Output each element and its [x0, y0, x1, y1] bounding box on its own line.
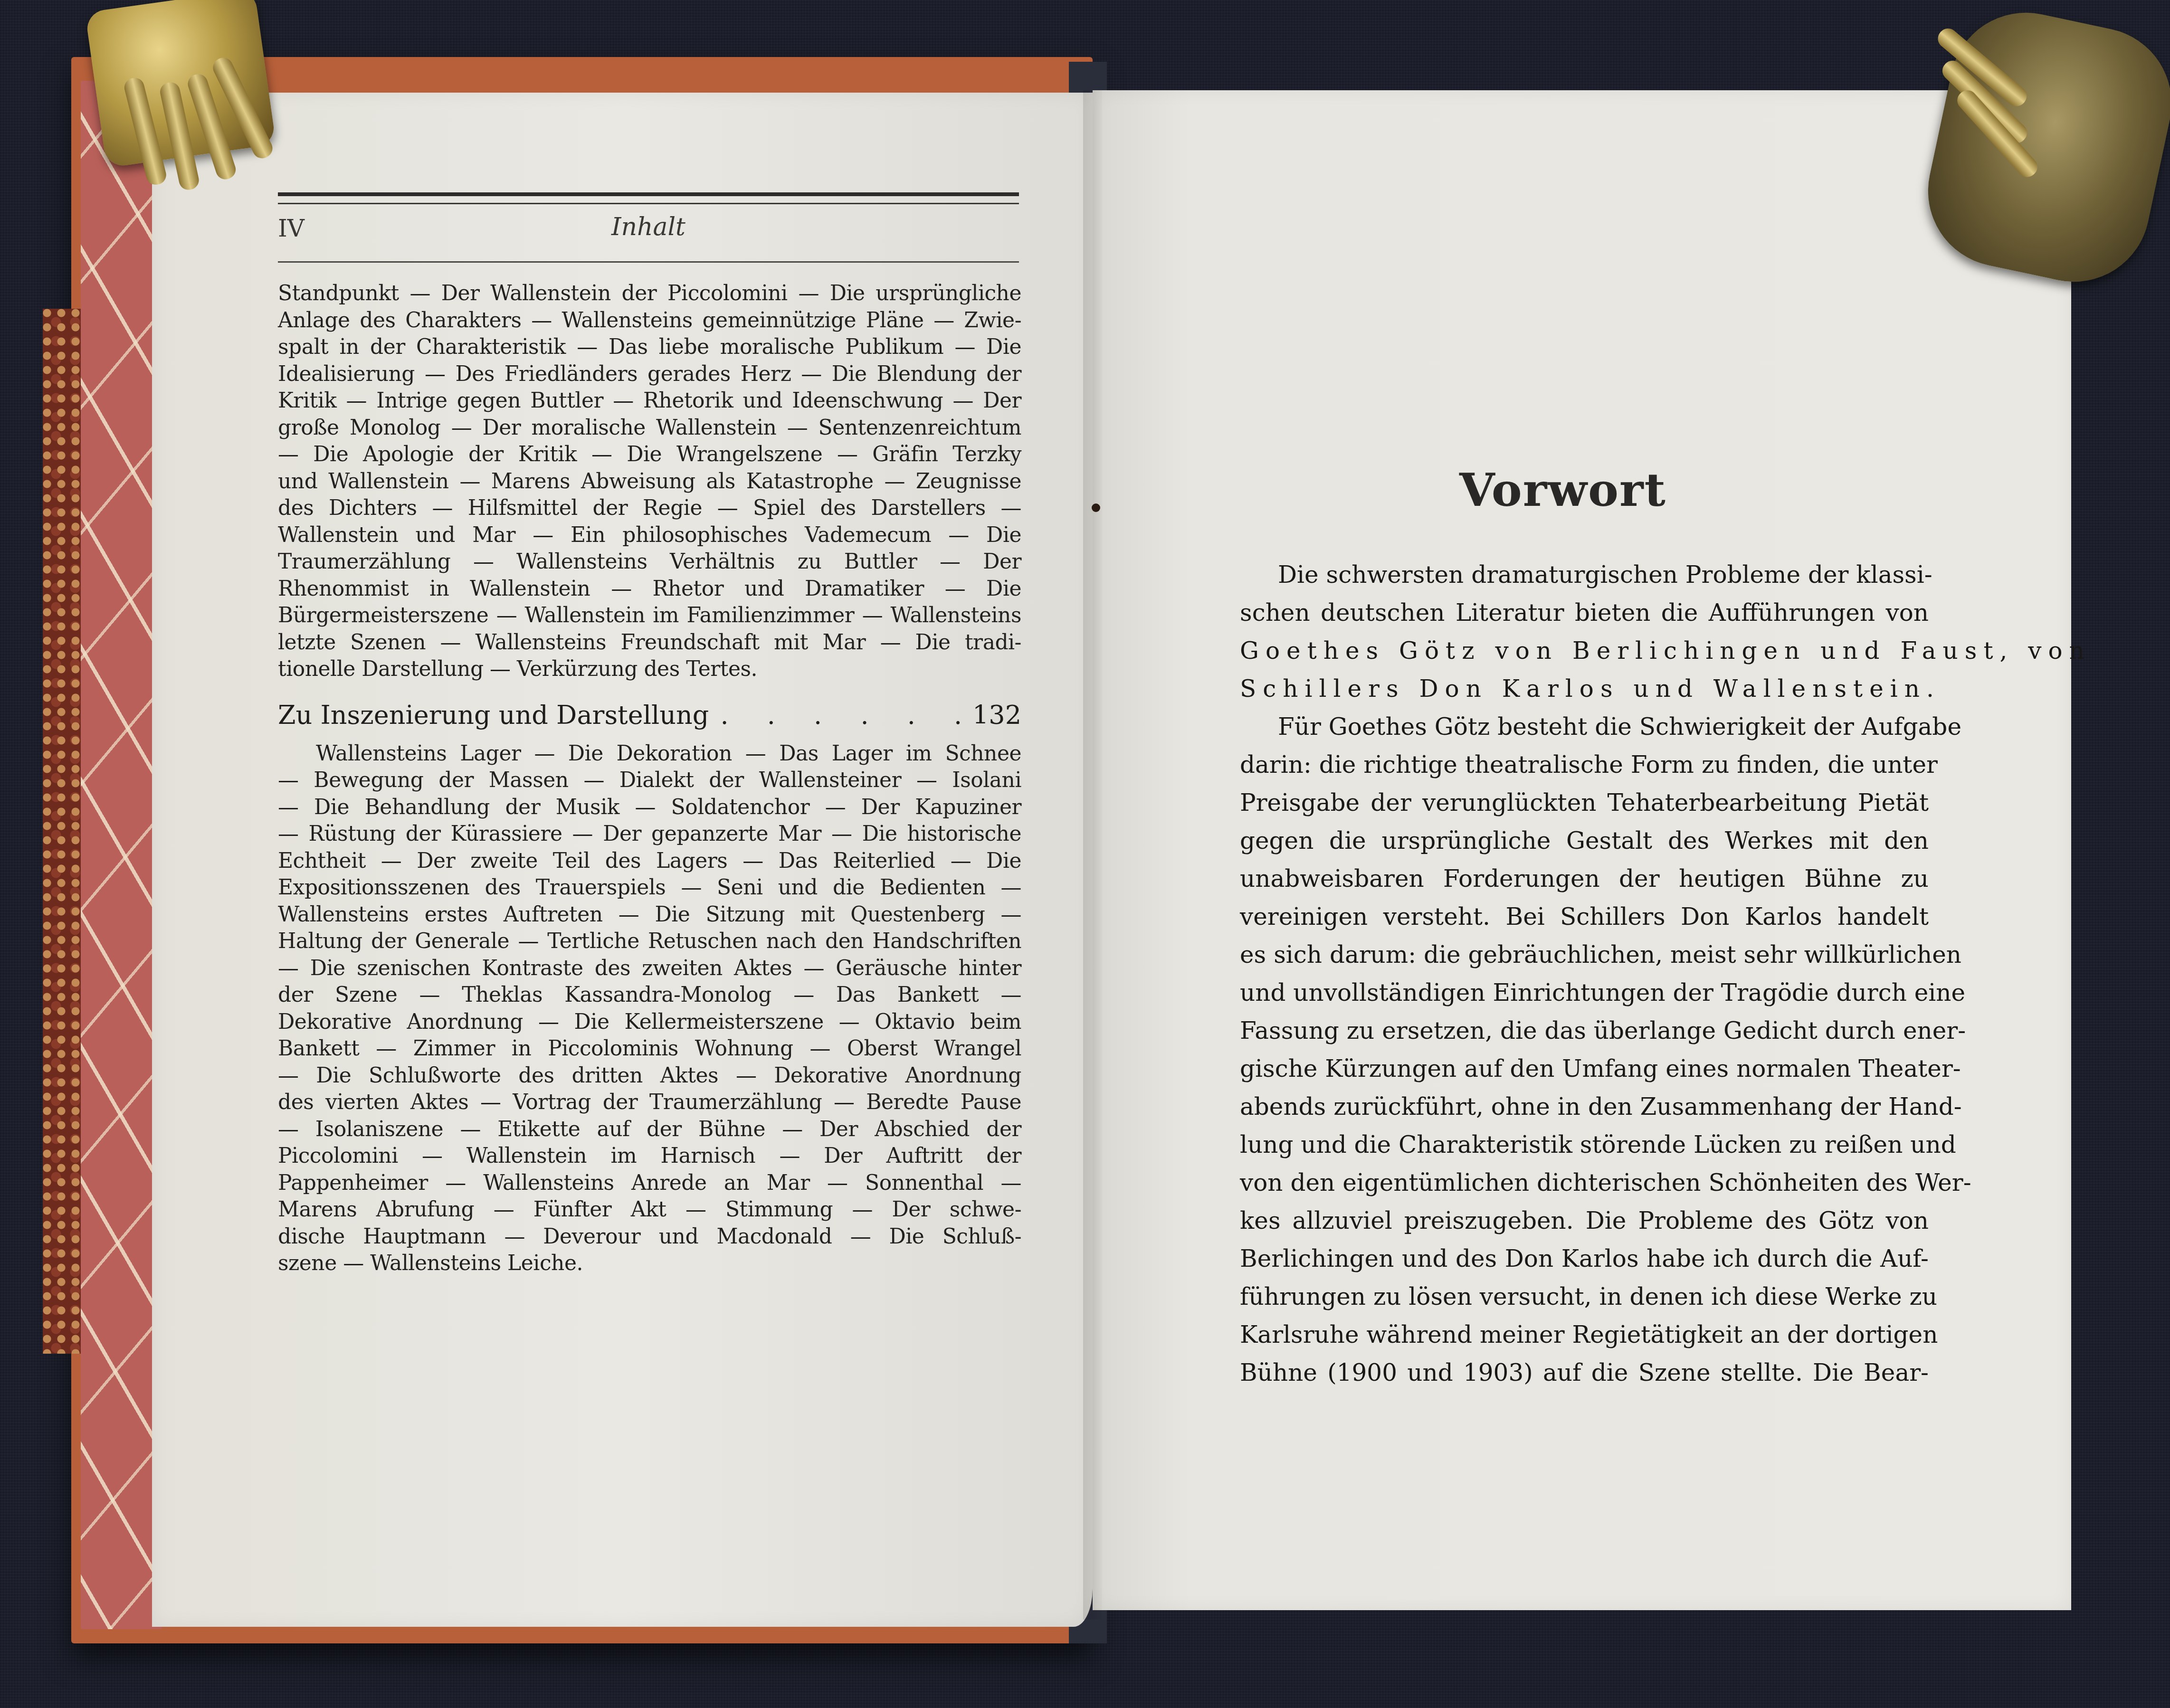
text-line: Wallensteins Lager — Die Dekoration — Da… — [278, 740, 1021, 768]
text-line: letzte Szenen — Wallensteins Freundschaf… — [278, 629, 1021, 656]
text-line: Wallenstein und Mar — Ein philosophische… — [278, 522, 1021, 549]
text-line: — Die Behandlung der Musik — Soldatencho… — [278, 794, 1021, 821]
text-line: tionelle Darstellung — Verkürzung des Te… — [278, 656, 1021, 683]
toc-entry: Zu Inszenierung und Darstellung . . . . … — [278, 700, 1021, 730]
text-line: Kritik — Intrige gegen Buttler — Rhetori… — [278, 388, 1021, 415]
text-line: vereinigen versteht. Bei Schillers Don K… — [1240, 898, 1929, 936]
text-line: Karlsruhe während meiner Regietätigkeit … — [1240, 1316, 1929, 1354]
text-line: Bankett — Zimmer in Piccolominis Wohnung… — [278, 1035, 1021, 1063]
patterned-endpaper — [81, 81, 162, 1629]
text-line: abends zurückführt, ohne in den Zusammen… — [1240, 1088, 1929, 1126]
text-line: und Wallenstein — Marens Abweisung als K… — [278, 468, 1021, 495]
marbled-cover-edge — [43, 309, 81, 1354]
preface-body: Die schwersten dramaturgischen Probleme … — [1240, 556, 1929, 1392]
text-line: Berlichingen und des Don Karlos habe ich… — [1240, 1240, 1929, 1278]
text-line: Bürgermeisterszene — Wallenstein im Fami… — [278, 602, 1021, 629]
text-line: der Szene — Theklas Kassandra-Monolog — … — [278, 982, 1021, 1009]
text-line: es sich darum: die gebräuchlichen, meist… — [1240, 936, 1929, 974]
text-line: und unvollständigen Einrichtungen der Tr… — [1240, 974, 1929, 1012]
text-line: Dekorative Anordnung — Die Kellermeister… — [278, 1009, 1021, 1036]
running-head-title: Inhalt — [611, 213, 685, 241]
text-line: — Die Apologie der Kritik — Die Wrangels… — [278, 441, 1021, 468]
text-line: des Dichters — Hilfsmittel der Regie — S… — [278, 495, 1021, 522]
text-line: Goethes Götz von Berlichingen und Faust,… — [1240, 632, 1929, 670]
dot-leader: . . . . . . — [720, 700, 961, 730]
text-line: Anlage des Charakters — Wallensteins gem… — [278, 307, 1021, 334]
text-line: Die schwersten dramaturgischen Probleme … — [1240, 556, 1929, 594]
page-gutter — [1083, 90, 1102, 1620]
text-line: Bühne (1900 und 1903) auf die Szene stel… — [1240, 1354, 1929, 1392]
text-line: Marens Abrufung — Fünfter Akt — Stimmung… — [278, 1196, 1021, 1224]
text-line: — Die szenischen Kontraste des zweiten A… — [278, 955, 1021, 982]
text-line: Echtheit — Der zweite Teil des Lagers — … — [278, 848, 1021, 875]
running-head: IV Inhalt — [278, 192, 1019, 263]
header-rule — [278, 261, 1019, 263]
text-line: führungen zu lösen versucht, in denen ic… — [1240, 1278, 1929, 1316]
page-number: IV — [278, 215, 305, 242]
text-line: Standpunkt — Der Wallenstein der Piccolo… — [278, 280, 1021, 307]
text-line: Wallensteins erstes Auftreten — Die Sitz… — [278, 901, 1021, 929]
text-line: darin: die richtige theatralische Form z… — [1240, 746, 1929, 784]
text-line: Pappenheimer — Wallensteins Anrede an Ma… — [278, 1170, 1021, 1197]
text-line: Schillers Don Karlos und Wallenstein. — [1240, 670, 1929, 708]
text-line: szene — Wallensteins Leiche. — [278, 1250, 1021, 1277]
text-line: Haltung der Generale — Tertliche Retusch… — [278, 928, 1021, 955]
text-line: Rhenommist in Wallenstein — Rhetor und D… — [278, 576, 1021, 603]
text-line: gische Kürzungen auf den Umfang eines no… — [1240, 1050, 1929, 1088]
text-line: — Die Schlußworte des dritten Aktes — De… — [278, 1063, 1021, 1090]
text-line: Für Goethes Götz besteht die Schwierigke… — [1240, 708, 1929, 746]
toc-continuation-paragraph: Standpunkt — Der Wallenstein der Piccolo… — [278, 280, 1021, 683]
text-line: Preisgabe der verunglückten Tehaterbearb… — [1240, 784, 1929, 822]
text-line: große Monolog — Der moralische Wallenste… — [278, 415, 1021, 442]
text-line: gegen die ursprüngliche Gestalt des Werk… — [1240, 822, 1929, 860]
text-line: Idealisierung — Des Friedländers gerades… — [278, 361, 1021, 388]
text-line: — Bewegung der Massen — Dialekt der Wall… — [278, 767, 1021, 794]
toc-entry-summary: Wallensteins Lager — Die Dekoration — Da… — [278, 740, 1021, 1277]
text-line: — Rüstung der Kürassiere — Der gepanzert… — [278, 821, 1021, 848]
text-line: von den eigentümlichen dichterischen Sch… — [1240, 1164, 1929, 1202]
text-line: Expositionsszenen des Trauerspiels — Sen… — [278, 874, 1021, 901]
text-line: kes allzuviel preiszugeben. Die Probleme… — [1240, 1202, 1929, 1240]
text-line: schen deutschen Literatur bieten die Auf… — [1240, 594, 1929, 632]
text-line: Piccolomini — Wallenstein im Harnisch — … — [278, 1143, 1021, 1170]
text-line: — Isolaniszene — Etikette auf der Bühne … — [278, 1116, 1021, 1143]
toc-entry-page: 132 — [972, 700, 1021, 730]
table-of-contents: Standpunkt — Der Wallenstein der Piccolo… — [278, 280, 1021, 1277]
toc-entry-title: Zu Inszenierung und Darstellung — [278, 700, 709, 730]
text-line: Traumerzählung — Wallensteins Verhältnis… — [278, 549, 1021, 576]
text-line: Fassung zu ersetzen, die das überlange G… — [1240, 1012, 1929, 1050]
text-line: unabweisbaren Forderungen der heutigen B… — [1240, 860, 1929, 898]
chapter-heading: Vorwort — [1444, 463, 1682, 517]
ink-spot — [1092, 503, 1100, 512]
text-line: des vierten Aktes — Vortrag der Traumerz… — [278, 1089, 1021, 1116]
text-line: dische Hauptmann — Deverour und Macdonal… — [278, 1224, 1021, 1251]
text-line: lung und die Charakteristik störende Lüc… — [1240, 1126, 1929, 1164]
text-line: spalt in der Charakteristik — Das liebe … — [278, 334, 1021, 361]
header-double-rule — [278, 192, 1019, 204]
brass-hand-clip-left-icon — [85, 0, 276, 168]
